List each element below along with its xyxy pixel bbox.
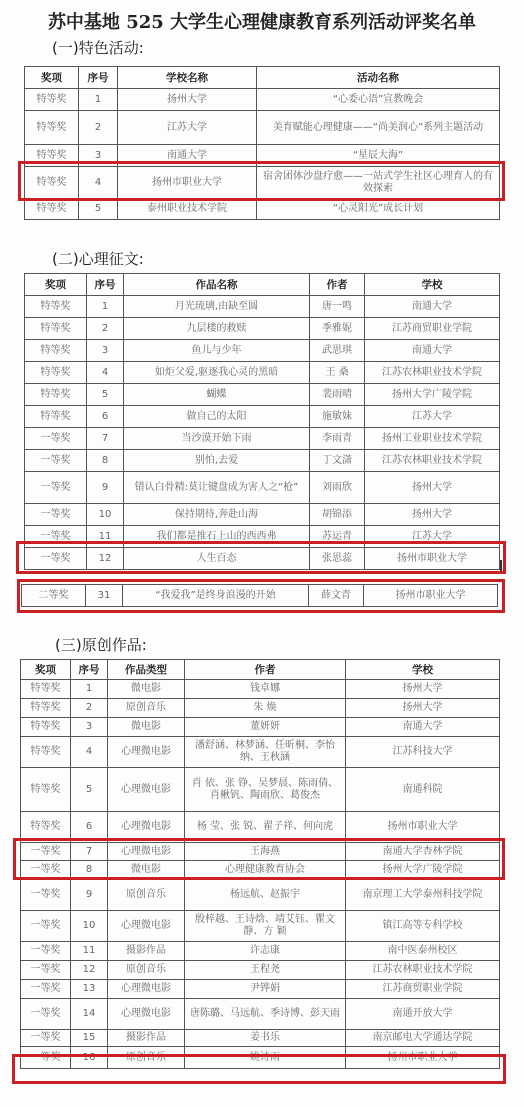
header-award: 奖项 xyxy=(25,274,87,296)
cell-author: 朱 焕 xyxy=(185,699,346,718)
header-author: 作者 xyxy=(185,660,346,680)
cell-school: 南通大学 xyxy=(118,145,257,167)
cell-school: 江苏大学 xyxy=(365,526,500,548)
header-number: 序号 xyxy=(79,67,118,89)
cell-activity: 美育赋能心理健康——“尚美润心”系列主题活动 xyxy=(257,111,500,145)
cell-number: 1 xyxy=(87,296,124,318)
header-school: 学校 xyxy=(365,274,500,296)
cell-award: 一等奖 xyxy=(21,942,71,961)
table-row-highlighted: 一等奖16原创音乐姚诗雨扬州市职业大学 xyxy=(21,1047,500,1069)
cell-school: 扬州大学 xyxy=(365,504,500,526)
cell-work-type: 原创音乐 xyxy=(108,699,185,718)
cell-number: 3 xyxy=(87,340,124,362)
cell-number: 12 xyxy=(87,548,124,570)
cell-work-type: 微电影 xyxy=(108,718,185,737)
cell-author: 王 桑 xyxy=(310,362,365,384)
cell-award: 特等奖 xyxy=(21,699,71,718)
cell-number: 16 xyxy=(71,1047,108,1069)
cell-author: 裴雨晴 xyxy=(310,384,365,406)
cell-number: 8 xyxy=(71,861,108,880)
cell-activity: 宿舍团体沙盘疗愈——一站式学生社区心理育人的有效探索 xyxy=(257,167,500,199)
table-row: 特等奖2原创音乐朱 焕扬州大学 xyxy=(21,699,500,718)
cell-school: 南京邮电大学通达学院 xyxy=(346,1030,500,1047)
cell-school: 扬州市职业大学 xyxy=(346,812,500,843)
cell-school: 扬州大学 xyxy=(346,680,500,699)
cell-award: 特等奖 xyxy=(25,406,87,428)
cell-number: 8 xyxy=(87,450,124,472)
cell-award: 特等奖 xyxy=(25,199,79,220)
cell-number: 3 xyxy=(71,718,108,737)
table-row-highlighted: 特等奖6心理微电影杨 莹、张 锐、翟子祥、何向虎扬州市职业大学 xyxy=(21,812,500,843)
cell-school: 扬州市职业大学 xyxy=(346,1047,500,1069)
cell-author: 胡锦添 xyxy=(310,504,365,526)
cell-work-type: 心理微电影 xyxy=(108,999,185,1030)
cell-work-title: 鱼儿与少年 xyxy=(124,340,310,362)
cell-author: 许志康 xyxy=(185,942,346,961)
cell-author: 唐一鸣 xyxy=(310,296,365,318)
psychology-essays-table: 奖项 序号 作品名称 作者 学校 特等奖1月光琉璃,由缺至圆唐一鸣南通大学 特等… xyxy=(24,273,500,570)
cell-author: 姚诗雨 xyxy=(185,1047,346,1069)
cell-number: 6 xyxy=(71,812,108,843)
cell-award: 一等奖 xyxy=(21,1030,71,1047)
section-title-featured-activities: (一)特色活动: xyxy=(52,37,144,58)
cell-number: 4 xyxy=(71,737,108,768)
cell-work-type: 摄影作品 xyxy=(108,1030,185,1047)
table-row: 一等奖11我们都是推石上山的西西弗苏运青江苏大学 xyxy=(25,526,500,548)
cell-number: 2 xyxy=(79,111,118,145)
cell-author: 董妍妍 xyxy=(185,718,346,737)
cell-award: 一等奖 xyxy=(25,472,87,504)
cell-number: 4 xyxy=(87,362,124,384)
table-row: 一等奖10保持期待,奔赴山海胡锦添扬州大学 xyxy=(25,504,500,526)
table-row: 一等奖9错认白骨精:莫让键盘成为害人之“枪”刘雨欣扬州大学 xyxy=(25,472,500,504)
cell-school: 扬州大学广陵学院 xyxy=(346,861,500,880)
table-row: 一等奖7心理微电影王海燕南通大学杏林学院 xyxy=(21,843,500,861)
cell-award: 特等奖 xyxy=(21,680,71,699)
cell-author: 王程尧 xyxy=(185,961,346,980)
table-row: 一等奖11摄影作品许志康南中医泰州校区 xyxy=(21,942,500,961)
cell-number: 15 xyxy=(71,1030,108,1047)
cell-work-type: 原创音乐 xyxy=(108,1047,185,1069)
cell-work-title: 做自己的太阳 xyxy=(124,406,310,428)
cell-author: 钱卓娜 xyxy=(185,680,346,699)
table-row: 特等奖3微电影董妍妍南通大学 xyxy=(21,718,500,737)
cell-author: 杨远航、赵振宇 xyxy=(185,880,346,911)
cell-award: 二等奖 xyxy=(22,585,86,607)
cell-award: 一等奖 xyxy=(25,526,87,548)
header-school-name: 学校名称 xyxy=(118,67,257,89)
cell-author: 张思蕊 xyxy=(310,548,365,570)
cell-award: 一等奖 xyxy=(21,911,71,942)
table-row: 一等奖7当沙漠开始下雨李雨青扬州工业职业技术学院 xyxy=(25,428,500,450)
cell-number: 5 xyxy=(79,199,118,220)
cell-award: 特等奖 xyxy=(25,384,87,406)
cell-number: 12 xyxy=(71,961,108,980)
cell-author: 季雅妮 xyxy=(310,318,365,340)
cell-work-title: 当沙漠开始下雨 xyxy=(124,428,310,450)
cell-school: 扬州工业职业技术学院 xyxy=(365,428,500,450)
cell-number: 6 xyxy=(87,406,124,428)
cell-work-title: 别怕,去爱 xyxy=(124,450,310,472)
cell-award: 一等奖 xyxy=(25,548,87,570)
cell-number: 5 xyxy=(71,768,108,812)
cell-author: 王海燕 xyxy=(185,843,346,861)
cell-work-title: 蝴蝶 xyxy=(124,384,310,406)
cell-award: 一等奖 xyxy=(21,999,71,1030)
cell-author: 丁文潇 xyxy=(310,450,365,472)
cell-award: 特等奖 xyxy=(21,718,71,737)
cell-award: 特等奖 xyxy=(25,340,87,362)
table-row: 一等奖8别怕,去爱丁文潇江苏农林职业技术学院 xyxy=(25,450,500,472)
table-row: 一等奖13心理微电影尹铧娟江苏商贸职业学院 xyxy=(21,980,500,999)
table-row: 一等奖15摄影作品姜书乐南京邮电大学通达学院 xyxy=(21,1030,500,1047)
cell-school: 扬州市职业大学 xyxy=(364,585,498,607)
table-row: 特等奖 3 南通大学 “星辰大海” xyxy=(25,145,500,167)
cell-award: 特等奖 xyxy=(25,167,79,199)
cell-number: 13 xyxy=(71,980,108,999)
header-school: 学校 xyxy=(346,660,500,680)
cell-work-type: 心理微电影 xyxy=(108,980,185,999)
cell-number: 10 xyxy=(87,504,124,526)
cell-work-title: 月光琉璃,由缺至圆 xyxy=(124,296,310,318)
table-row: 特等奖 2 江苏大学 美育赋能心理健康——“尚美润心”系列主题活动 xyxy=(25,111,500,145)
header-work-type: 作品类型 xyxy=(108,660,185,680)
cell-author: 尹铧娟 xyxy=(185,980,346,999)
cell-school: 南京理工大学泰州科技学院 xyxy=(346,880,500,911)
cell-number: 10 xyxy=(71,911,108,942)
cell-award: 一等奖 xyxy=(21,880,71,911)
cell-school: 扬州大学 xyxy=(118,89,257,111)
table-row: 特等奖4如炬父爱,驱逐我心灵的黑暗王 桑江苏农林职业技术学院 xyxy=(25,362,500,384)
cell-number: 3 xyxy=(79,145,118,167)
cell-work-title: 九层楼的救赎 xyxy=(124,318,310,340)
table-row: 特等奖5心理微电影肖 依、张 铮、吴梦晨、陈雨倩、肖楸钒、陶雨欣、葛俊杰南通科院 xyxy=(21,768,500,812)
table-row: 一等奖8微电影心理健康教育协会扬州大学广陵学院 xyxy=(21,861,500,880)
cell-school: 泰州职业技术学院 xyxy=(118,199,257,220)
cell-award: 一等奖 xyxy=(21,1047,71,1069)
cell-work-type: 摄影作品 xyxy=(108,942,185,961)
cell-school: 镇江高等专科学校 xyxy=(346,911,500,942)
cell-award: 特等奖 xyxy=(25,145,79,167)
cell-school: 江苏大学 xyxy=(118,111,257,145)
cell-school: 扬州市职业大学 xyxy=(118,167,257,199)
cell-school: 扬州大学广陵学院 xyxy=(365,384,500,406)
cell-award: 一等奖 xyxy=(21,861,71,880)
cell-award: 特等奖 xyxy=(25,296,87,318)
section-title-psychology-essays: (二)心理征文: xyxy=(52,248,144,269)
cell-number: 11 xyxy=(87,526,124,548)
cell-work-type: 原创音乐 xyxy=(108,961,185,980)
cell-school: 南通科院 xyxy=(346,768,500,812)
cell-activity: “心委心语”宣教晚会 xyxy=(257,89,500,111)
table-row: 一等奖9原创音乐杨远航、赵振宇南京理工大学泰州科技学院 xyxy=(21,880,500,911)
cell-work-type: 微电影 xyxy=(108,680,185,699)
cell-work-title: 错认白骨精:莫让键盘成为害人之“枪” xyxy=(124,472,310,504)
cell-work-type: 微电影 xyxy=(108,861,185,880)
cell-number: 31 xyxy=(86,585,123,607)
cell-author: 潘舒涵、林梦涵、任昕桐、李怡纳、王秋涵 xyxy=(185,737,346,768)
cell-number: 5 xyxy=(87,384,124,406)
cell-school: 扬州大学 xyxy=(346,699,500,718)
header-work-title: 作品名称 xyxy=(124,274,310,296)
table-row-highlighted: 一等奖12人生百态张思蕊扬州市职业大学 xyxy=(25,548,500,570)
cell-number: 2 xyxy=(87,318,124,340)
table-row: 特等奖1月光琉璃,由缺至圆唐一鸣南通大学 xyxy=(25,296,500,318)
cell-award: 一等奖 xyxy=(21,961,71,980)
header-activity-name: 活动名称 xyxy=(257,67,500,89)
cell-school: 南通大学 xyxy=(365,296,500,318)
cell-school: 江苏商贸职业学院 xyxy=(365,318,500,340)
cell-activity: “心灵阳光”成长计划 xyxy=(257,199,500,220)
table-header-row: 奖项 序号 学校名称 活动名称 xyxy=(25,67,500,89)
cell-award: 一等奖 xyxy=(21,980,71,999)
cell-number: 11 xyxy=(71,942,108,961)
cell-award: 特等奖 xyxy=(21,812,71,843)
cell-number: 4 xyxy=(79,167,118,199)
cell-school: 南通开放大学 xyxy=(346,999,500,1030)
cell-author: 薛文青 xyxy=(309,585,364,607)
table-row-highlighted: 二等奖 31 “我爱我”是终身浪漫的开始 薛文青 扬州市职业大学 xyxy=(22,585,498,607)
original-works-table: 奖项 序号 作品类型 作者 学校 特等奖1微电影钱卓娜扬州大学 特等奖2原创音乐… xyxy=(20,659,500,1069)
cell-author: 殷梓越、王诗焓、靖艾钰、瞿文静、方 颖 xyxy=(185,911,346,942)
header-award: 奖项 xyxy=(21,660,71,680)
cell-number: 9 xyxy=(71,880,108,911)
cell-school: 南中医泰州校区 xyxy=(346,942,500,961)
table-row: 特等奖 1 扬州大学 “心委心语”宣教晚会 xyxy=(25,89,500,111)
cell-award: 特等奖 xyxy=(21,768,71,812)
cell-work-type: 心理微电影 xyxy=(108,911,185,942)
header-author: 作者 xyxy=(310,274,365,296)
cell-award: 特等奖 xyxy=(25,89,79,111)
cell-school: 江苏商贸职业学院 xyxy=(346,980,500,999)
cell-number: 1 xyxy=(79,89,118,111)
cell-work-type: 心理微电影 xyxy=(108,737,185,768)
cell-author: 施敏妹 xyxy=(310,406,365,428)
document-title: 苏中基地 525 大学生心理健康教育系列活动评奖名单 xyxy=(0,8,524,34)
cell-school: 南通大学 xyxy=(365,340,500,362)
cell-author: 苏运青 xyxy=(310,526,365,548)
table-header-row: 奖项 序号 作品名称 作者 学校 xyxy=(25,274,500,296)
cell-award: 特等奖 xyxy=(25,318,87,340)
cell-award: 一等奖 xyxy=(25,450,87,472)
cell-number: 7 xyxy=(87,428,124,450)
cell-school: 江苏科技大学 xyxy=(346,737,500,768)
cell-school: 江苏大学 xyxy=(365,406,500,428)
cell-work-title: “我爱我”是终身浪漫的开始 xyxy=(123,585,309,607)
cell-author: 刘雨欣 xyxy=(310,472,365,504)
cell-author: 李雨青 xyxy=(310,428,365,450)
table-row-highlighted: 特等奖 4 扬州市职业大学 宿舍团体沙盘疗愈——一站式学生社区心理育人的有效探索 xyxy=(25,167,500,199)
cell-work-type: 心理微电影 xyxy=(108,768,185,812)
cell-work-title: 如炬父爱,驱逐我心灵的黑暗 xyxy=(124,362,310,384)
cell-school: 南通大学杏林学院 xyxy=(346,843,500,861)
table-row: 特等奖4心理微电影潘舒涵、林梦涵、任昕桐、李怡纳、王秋涵江苏科技大学 xyxy=(21,737,500,768)
cell-number: 2 xyxy=(71,699,108,718)
cell-author: 杨 莹、张 锐、翟子祥、何向虎 xyxy=(185,812,346,843)
cell-school: 南通大学 xyxy=(346,718,500,737)
header-number: 序号 xyxy=(87,274,124,296)
table-row: 特等奖 5 泰州职业技术学院 “心灵阳光”成长计划 xyxy=(25,199,500,220)
cell-work-type: 原创音乐 xyxy=(108,880,185,911)
cropped-edge-line xyxy=(500,560,502,574)
cell-number: 9 xyxy=(87,472,124,504)
cell-work-title: 人生百态 xyxy=(124,548,310,570)
cell-author: 武思琪 xyxy=(310,340,365,362)
cell-work-title: 我们都是推石上山的西西弗 xyxy=(124,526,310,548)
table-row: 特等奖2九层楼的救赎季雅妮江苏商贸职业学院 xyxy=(25,318,500,340)
header-number: 序号 xyxy=(71,660,108,680)
cell-author: 唐陈璐、马远航、季诗博、彭天雨 xyxy=(185,999,346,1030)
cell-author: 姜书乐 xyxy=(185,1030,346,1047)
cell-award: 一等奖 xyxy=(25,428,87,450)
table-row: 特等奖5蝴蝶裴雨晴扬州大学广陵学院 xyxy=(25,384,500,406)
cell-author: 心理健康教育协会 xyxy=(185,861,346,880)
cell-school: 扬州市职业大学 xyxy=(365,548,500,570)
cell-work-type: 心理微电影 xyxy=(108,843,185,861)
table-row: 特等奖1微电影钱卓娜扬州大学 xyxy=(21,680,500,699)
featured-activities-table: 奖项 序号 学校名称 活动名称 特等奖 1 扬州大学 “心委心语”宣教晚会 特等… xyxy=(24,66,500,220)
cell-award: 特等奖 xyxy=(25,362,87,384)
cell-award: 特等奖 xyxy=(25,111,79,145)
cell-activity: “星辰大海” xyxy=(257,145,500,167)
table-row: 特等奖6做自己的太阳施敏妹江苏大学 xyxy=(25,406,500,428)
section-title-original-works: (三)原创作品: xyxy=(55,634,147,655)
cell-school: 江苏农林职业技术学院 xyxy=(365,450,500,472)
cell-school: 扬州大学 xyxy=(365,472,500,504)
cell-work-title: 保持期待,奔赴山海 xyxy=(124,504,310,526)
cell-author: 肖 依、张 铮、吴梦晨、陈雨倩、肖楸钒、陶雨欣、葛俊杰 xyxy=(185,768,346,812)
psychology-essays-extra-row: 二等奖 31 “我爱我”是终身浪漫的开始 薛文青 扬州市职业大学 xyxy=(21,584,498,607)
cell-work-type: 心理微电影 xyxy=(108,812,185,843)
cell-number: 1 xyxy=(71,680,108,699)
table-row: 一等奖14心理微电影唐陈璐、马远航、季诗博、彭天雨南通开放大学 xyxy=(21,999,500,1030)
table-row: 特等奖3鱼儿与少年武思琪南通大学 xyxy=(25,340,500,362)
cell-number: 7 xyxy=(71,843,108,861)
cell-school: 江苏农林职业技术学院 xyxy=(365,362,500,384)
table-header-row: 奖项 序号 作品类型 作者 学校 xyxy=(21,660,500,680)
cell-award: 一等奖 xyxy=(25,504,87,526)
cell-award: 一等奖 xyxy=(21,843,71,861)
header-award: 奖项 xyxy=(25,67,79,89)
table-row: 一等奖12原创音乐王程尧江苏农林职业技术学院 xyxy=(21,961,500,980)
table-row: 一等奖10心理微电影殷梓越、王诗焓、靖艾钰、瞿文静、方 颖镇江高等专科学校 xyxy=(21,911,500,942)
cell-number: 14 xyxy=(71,999,108,1030)
cell-school: 江苏农林职业技术学院 xyxy=(346,961,500,980)
cell-award: 特等奖 xyxy=(21,737,71,768)
